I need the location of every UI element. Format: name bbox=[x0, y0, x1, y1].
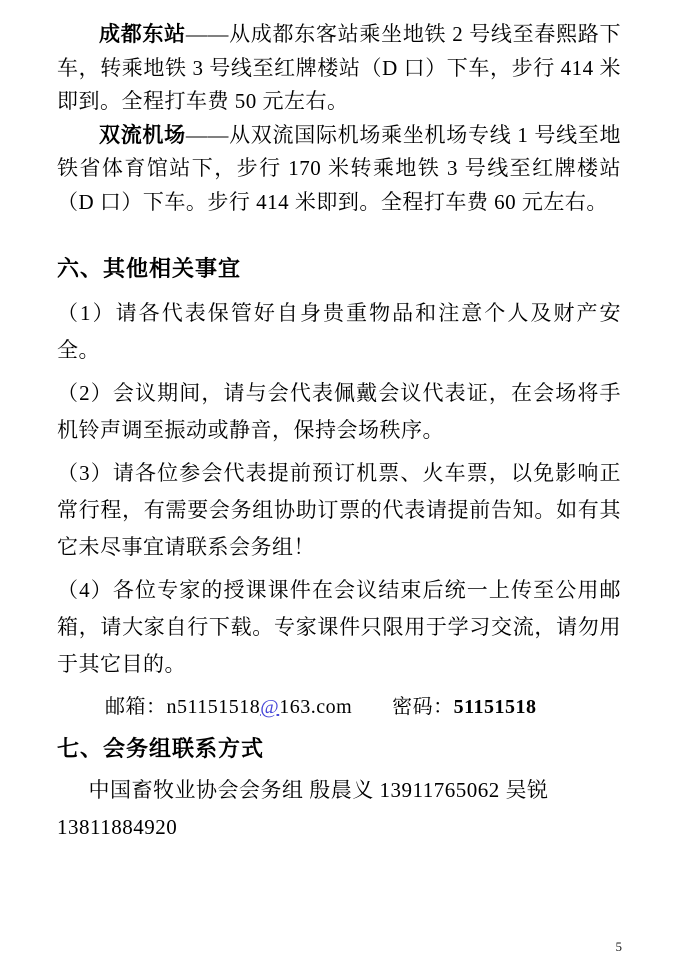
station-name-chengdu-east: 成都东站 bbox=[99, 23, 186, 46]
section-heading-other-matters: 六、其他相关事宜 bbox=[57, 252, 621, 286]
notice-item-2: （2）会议期间，请与会代表佩戴会议代表证，在会场将手机铃声调至振动或静音，保持会… bbox=[57, 375, 621, 449]
email-domain: 163.com bbox=[279, 696, 352, 718]
section-heading-contact-info: 七、会务组联系方式 bbox=[57, 732, 621, 766]
notice-item-3: （3）请各位参会代表提前预订机票、火车票，以免影响正常行程，有需要会务组协助订票… bbox=[57, 455, 621, 566]
page-number: 5 bbox=[616, 940, 623, 953]
notice-item-4: （4）各位专家的授课课件在会议结束后统一上传至公用邮箱，请大家自行下载。专家课件… bbox=[57, 572, 621, 683]
password-value: 51151518 bbox=[454, 696, 537, 718]
email-password-line: 邮箱：n51151518@163.com密码：51151518 bbox=[57, 689, 621, 726]
para-shuangliu-airport: 双流机场——从双流国际机场乘坐机场专线 1 号线至地铁省体育馆站下，步行 170… bbox=[57, 119, 621, 220]
para-chengdu-east-station: 成都东站——从成都东客站乘坐地铁 2 号线至春熙路下车，转乘地铁 3 号线至红牌… bbox=[57, 18, 621, 119]
document-page: 成都东站——从成都东客站乘坐地铁 2 号线至春熙路下车，转乘地铁 3 号线至红牌… bbox=[0, 0, 676, 975]
email-user: n51151518 bbox=[167, 696, 261, 718]
email-label: 邮箱： bbox=[105, 696, 167, 718]
password-label: 密码： bbox=[392, 696, 454, 718]
station-name-shuangliu-airport: 双流机场 bbox=[99, 124, 186, 147]
notice-item-1: （1）请各代表保管好自身贵重物品和注意个人及财产安全。 bbox=[57, 295, 621, 369]
contact-line: 中国畜牧业协会会务组 殷晨义 13911765062 吴锐 1381188492… bbox=[57, 772, 621, 846]
email-at-link[interactable]: @ bbox=[260, 696, 279, 718]
